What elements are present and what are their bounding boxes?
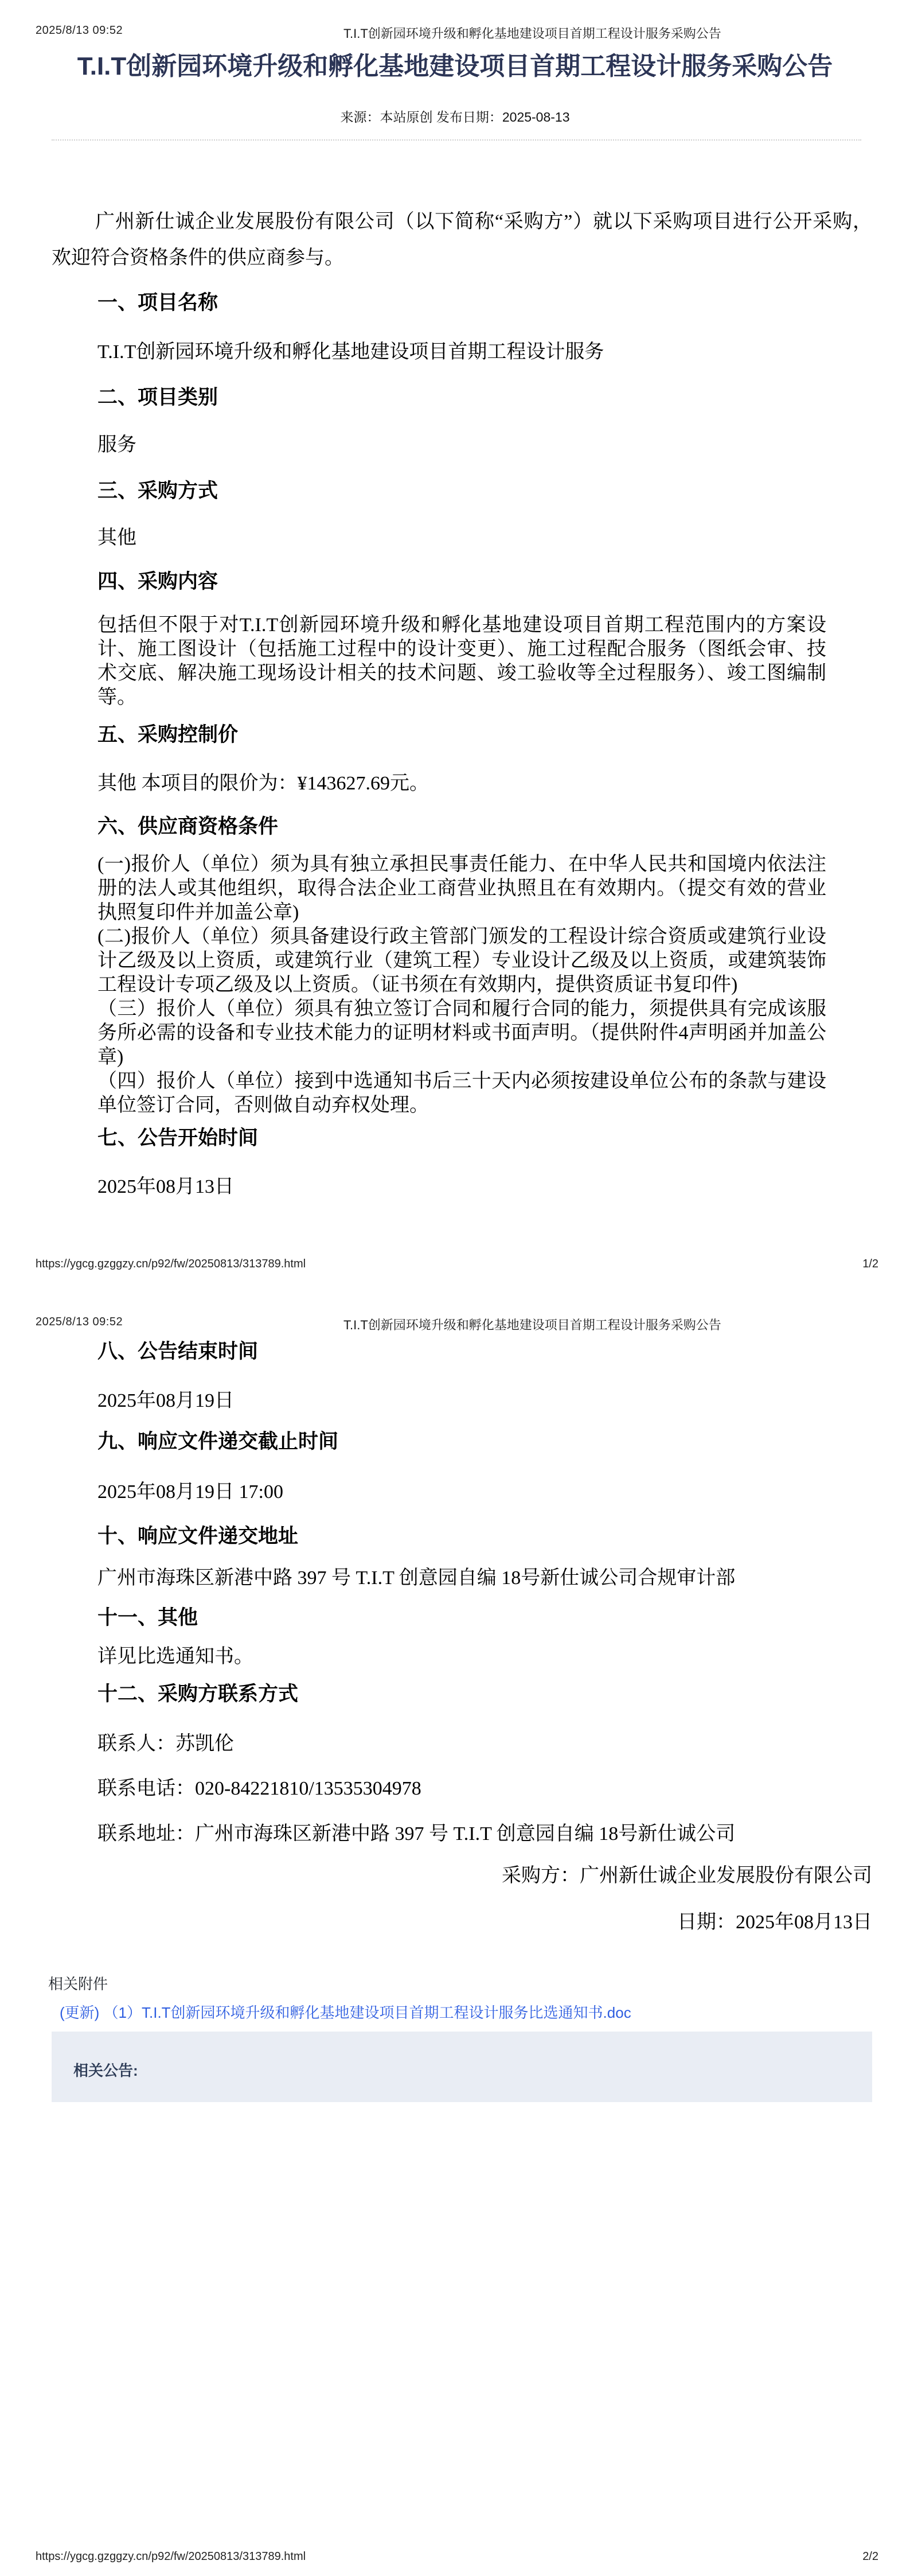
printed-procurement-announcement: { "page_header": { "datetime": "2025/8/1… [0,0,910,2576]
section-body-project-name: T.I.T创新园环境升级和孵化基地建设项目首期工程设计服务 [97,340,826,364]
announcement-sections-page2: 八、公告结束时间 2025年08月19日 九、响应文件递交截止时间 2025年0… [97,1288,826,1846]
intro-paragraph: 广州新仕诚企业发展股份有限公司（以下简称“采购方”）就以下采购项目进行公开采购，… [52,204,872,276]
print-header: 2025/8/13 09:52 T.I.T创新园环境升级和孵化基地建设项目首期工… [36,24,878,41]
print-footer: https://ygcg.gzggzy.cn/p92/fw/20250813/3… [36,2550,878,2567]
qualification-item: (一)报价人（单位）须为具有独立承担民事责任能力、在中华人民共和国境内依法注册的… [97,853,826,925]
section-heading-supplier-qualification: 六、供应商资格条件 [97,815,826,839]
section-body-submission-address: 广州市海珠区新港中路 397 号 T.I.T 创意园自编 18号新仕诚公司合规审… [97,1566,826,1590]
section-body-announce-start: 2025年08月13日 [97,1175,826,1199]
qualification-item: （三）报价人（单位）须具有独立签订合同和履行合同的能力，须提供具有完成该服务所必… [97,997,826,1069]
section-heading-other: 十一、其他 [97,1606,826,1630]
section-heading-control-price: 五、采购控制价 [97,723,826,747]
page-1: 2025/8/13 09:52 T.I.T创新园环境升级和孵化基地建设项目首期工… [0,0,910,1288]
print-header-datetime: 2025/8/13 09:52 [36,1316,123,1329]
footer-url: https://ygcg.gzggzy.cn/p92/fw/20250813/3… [36,1258,306,1271]
qualification-item: （四）报价人（单位）接到中选通知书后三十天内必须按建设单位公布的条款与建设单位签… [97,1069,826,1118]
section-body-announce-end: 2025年08月19日 [97,1389,826,1413]
section-body-submission-deadline: 2025年08月19日 17:00 [97,1480,826,1504]
section-body-procurement-method: 其他 [97,526,826,550]
section-heading-procurement-method: 三、采购方式 [97,479,826,503]
section-heading-contact: 十二、采购方联系方式 [97,1682,826,1706]
section-heading-project-name: 一、项目名称 [97,291,826,315]
related-announcements-box: 相关公告: [52,2032,872,2102]
qualification-item: (二)报价人（单位）须具备建设行政主管部门颁发的工程设计综合资质或建筑行业设计乙… [97,925,826,997]
contact-person: 联系人：苏凯伦 [97,1732,826,1756]
print-header-datetime: 2025/8/13 09:52 [36,24,123,37]
section-body-control-price: 其他 本项目的限价为：¥143627.69元。 [97,772,826,796]
section-body-procurement-content: 包括但不限于对T.I.T创新园环境升级和孵化基地建设项目首期工程范围内的方案设计… [97,613,826,710]
contact-address: 联系地址：广州市海珠区新港中路 397 号 T.I.T 创意园自编 18号新仕诚… [97,1822,826,1846]
contact-phone: 联系电话：020-84221810/13535304978 [97,1777,826,1801]
signoff-purchaser: 采购方：广州新仕诚企业发展股份有限公司 [52,1864,872,1888]
page-2: 2025/8/13 09:52 T.I.T创新园环境升级和孵化基地建设项目首期工… [0,1288,910,2576]
section-heading-procurement-content: 四、采购内容 [97,570,826,594]
signoff-date: 日期：2025年08月13日 [52,1910,872,1935]
section-heading-project-category: 二、项目类别 [97,386,826,410]
section-heading-announce-start: 七、公告开始时间 [97,1126,826,1150]
source-meta: 来源：本站原创 发布日期：2025-08-13 [0,107,910,126]
section-body-project-category: 服务 [97,433,826,457]
print-footer: https://ygcg.gzggzy.cn/p92/fw/20250813/3… [36,1258,878,1275]
announcement-sections-page1: 一、项目名称 T.I.T创新园环境升级和孵化基地建设项目首期工程设计服务 二、项… [97,291,826,1199]
print-header-doctitle: T.I.T创新园环境升级和孵化基地建设项目首期工程设计服务采购公告 [343,24,721,42]
related-announcements-label: 相关公告: [73,2062,138,2079]
section-heading-submission-deadline: 九、响应文件递交截止时间 [97,1430,826,1454]
footer-url: https://ygcg.gzggzy.cn/p92/fw/20250813/3… [36,2550,306,2563]
section-heading-submission-address: 十、响应文件递交地址 [97,1524,826,1548]
signoff-block: 采购方：广州新仕诚企业发展股份有限公司 日期：2025年08月13日 [52,1864,872,1935]
footer-page-number: 2/2 [862,2550,878,2563]
attachment-doc-link[interactable]: (更新) （1）T.I.T创新园环境升级和孵化基地建设项目首期工程设计服务比选通… [60,2003,872,2022]
section-body-other: 详见比选通知书。 [97,1645,826,1669]
dotted-divider [52,139,861,141]
print-header-doctitle: T.I.T创新园环境升级和孵化基地建设项目首期工程设计服务采购公告 [343,1316,721,1333]
footer-page-number: 1/2 [862,1258,878,1271]
attachments-label: 相关附件 [48,1974,910,1994]
print-header: 2025/8/13 09:52 T.I.T创新园环境升级和孵化基地建设项目首期工… [36,1316,878,1333]
section-heading-announce-end: 八、公告结束时间 [97,1340,826,1364]
